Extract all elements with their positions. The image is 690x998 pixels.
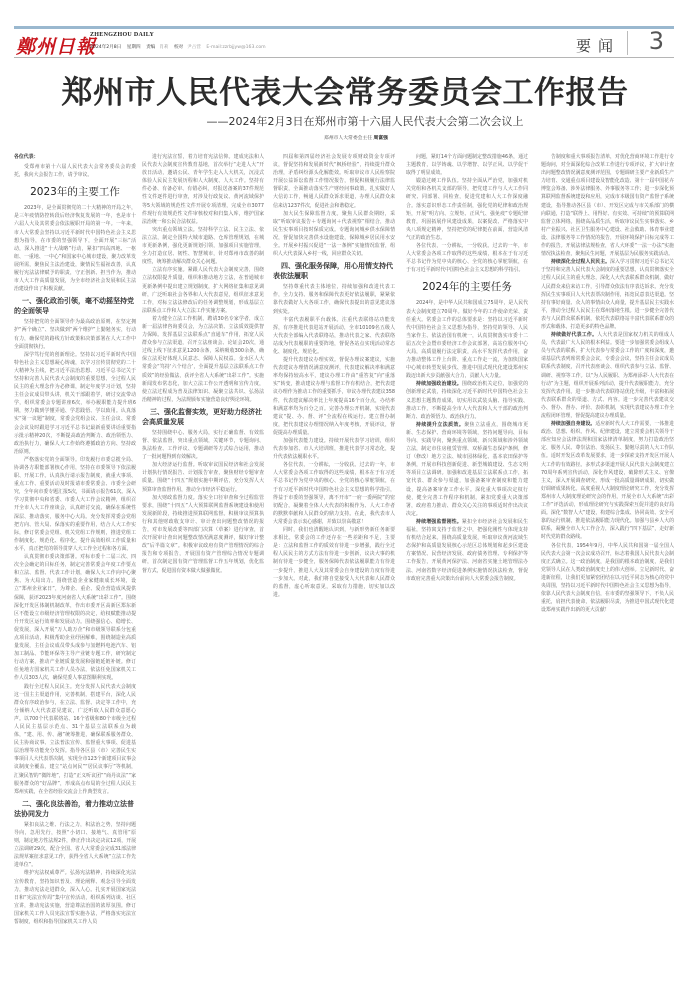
section-2023-intro: 2023年，是全面贯彻党的二十大精神的开局之年，是三年疫情防控转段后经济恢复发展… xyxy=(14,204,136,293)
headline: 郑州市人民代表大会常务委员会工作报告 xyxy=(0,67,690,112)
paragraph: 着力健全立法工作机制，聘请30名专家学者，成立新一届法律咨询委员会，为立法决策、… xyxy=(142,315,264,404)
section-title-2023: 2023年的主要工作 xyxy=(14,185,136,199)
newspaper-logo: 鄭州日報 xyxy=(16,32,96,59)
paragraph: 深学笃行党的创新理论。坚持以习近平新时代中国特色社会主义思想凝心铸魂，以学习宣传… xyxy=(14,351,136,456)
paragraph: 问题，紧盯14个方面问题制定整改措施46条，通过主题教育，以学铸魂、以学增智、以… xyxy=(406,153,528,177)
byline-role: 郑州市人大常委会主任 xyxy=(324,136,372,141)
editor-name: 肖莉 xyxy=(159,45,168,50)
byline: 郑州市人大常委会主任 周富强 xyxy=(0,134,690,141)
lead-paragraph: 持续做好代表工作。人大代表是国家权力机关的组成人员，代表最广大人民的根本利益。要… xyxy=(541,331,674,420)
editor-label: 责编 xyxy=(146,45,155,50)
lead-paragraph: 持续深化全过程人民民主。深入学习贯彻习近平总书记关于坚持和完善人民代表大会制度的… xyxy=(541,258,674,331)
closing-paragraph: 各位代表，1954年9月，中华人民共和国第一届全国人民代表大会第一次会议成功召开… xyxy=(541,542,674,615)
article-body: 各位代表： 受郑州市第十六届人民代表大会常务委员会的委托，我向大会报告工作，请予… xyxy=(14,153,674,998)
paper-name-en: ZHENGZHOU DAILY xyxy=(90,32,154,38)
issue-date: 2024年2月8日 xyxy=(90,45,121,50)
paragraph: 锻造过硬工作队伍。坚持全面从严治党，加强对机关党组和各机关支部的领导，把党建工作… xyxy=(406,177,528,242)
intro-paragraph: 受郑州市第十六届人民代表大会常务委员会的委托，我向大会报告工作，请予审议。 xyxy=(14,163,136,179)
section-name: 要闻 xyxy=(576,35,620,56)
lead-label: 持续深化全过程人民民主。 xyxy=(551,259,610,265)
paragraph: 进行宪法宣誓，着力培育宪法信仰。建成宪法和人民代表大会制度宣传教育基地，首次举行… xyxy=(142,153,264,226)
contact-email: E-mail:zzrbjjyw@163.com xyxy=(206,45,265,50)
lead-label: 持续提升立法质效。 xyxy=(416,422,464,428)
proofreader-name: 尹占营 xyxy=(187,45,201,50)
issue-meta: 2024年2月8日 星期四 责编肖莉 校对尹占营 E-mail:zzrbjjyw… xyxy=(90,44,270,50)
salutation: 各位代表： xyxy=(14,153,136,161)
subheadline: ——2024年2月3日在郑州市第十六届人民代表大会第二次会议上 xyxy=(0,113,690,129)
paragraph: 维护宪法权威尊严。弘扬宪法精神，持续深化宪法宣传教育，坚持知识普及、理论阐释、观… xyxy=(14,869,136,926)
paragraph: 突出重点领域立法。坚持科学立法、民主立法、依法立法，制定全国特大城市道路、仓库管… xyxy=(142,226,264,266)
heading-2: 二、强化良法善治，着力推动立法普法协同发力 xyxy=(14,799,136,819)
lead-paragraph: 持续增强监督刚性。紧扣全市经济社会发展和民生福祉，坚持寓支持于监督之中，把强化刚… xyxy=(406,518,528,583)
paragraph: 2024年，是中华人民共和国成立75周年，是人民代表大会制度建立70周年。做好今… xyxy=(406,299,528,380)
paragraph: 坚持把党的全面领导作为最高政治原则，在坚定拥护“两个确立”、坚决做到“两个维护”… xyxy=(14,318,136,350)
paragraph: 提升代表建议办理实效。督促办理议案建议，实施代表建议办理情况满意度测评，代表建议… xyxy=(273,356,395,437)
paragraph: 严格落实党的全面领导。印发履行市委总揽全局、协调各方职能部署核心作用，坚持在市委… xyxy=(14,456,136,553)
paragraph: 加强代表能力建设。持续开展代表学习培训，组织代表参加省、市人大培训班，推进代表学… xyxy=(273,437,395,461)
lead-paragraph: 持续提升立法质效。聚焦立法重点，围绕城市更新、生态保护、营商环境等领域，坚持问题… xyxy=(406,421,528,518)
paragraph: 加大经济运行监督。听取审议国民经济和社会发展计划执行情况报告、计划报告审查，聚焦… xyxy=(142,461,264,493)
lead-label: 持续增强监督刚性。 xyxy=(416,519,462,525)
masthead-divider xyxy=(627,31,628,55)
lead-paragraph: 持续加强自身建设。适应新时代人大工作需要，一体推进政治、思想、组织、作风、纪律建… xyxy=(541,420,674,541)
paragraph: 加大财政监督力度。落实全口径审查和全过程监管要求，围绕“十四五”人大预算联网监督… xyxy=(142,494,264,575)
paragraph: 各位代表，一分耕耘，一分收获。过去的一年，市人大常委会各项工作取得的这些成绩，根… xyxy=(273,461,395,526)
lead-paragraph: 持续加强政治建设。围绕政治机关定位，加强党的创新理论武装，持续深化习近平新时代中… xyxy=(406,380,528,420)
column-5: 告制度和重大事项报告清单，对优化营商环境工作进行专题询问，对全面深化综合改革工作… xyxy=(541,153,674,993)
paragraph: 四届和第四届经济社会发展专项财政资金专项评议，督促坚持和发展新时代“枫桥经验”，… xyxy=(273,153,395,210)
lead-label: 持续加强自身建设。 xyxy=(551,421,595,427)
column-2: 进行宪法宣誓，着力培育宪法信仰。建成宪法和人民代表大会制度宣传教育基地，首次举行… xyxy=(142,153,264,993)
heading-1: 一、强化政治引领，毫不动摇坚持党的全面领导 xyxy=(14,296,136,316)
column-1: 各位代表： 受郑州市第十六届人民代表大会常务委员会的委托，我向大会报告工作，请予… xyxy=(14,153,136,993)
heading-3: 三、强化监督实效，更好助力经济社会高质量发展 xyxy=(142,407,264,427)
issue-weekday: 星期四 xyxy=(127,45,141,50)
section-title-2024: 2024年的主要任务 xyxy=(406,280,528,294)
column-3: 四届和第四届经济社会发展专项财政资金专项评议，督促坚持和发展新时代“枫桥经验”，… xyxy=(273,153,395,993)
proof-label: 校对 xyxy=(174,45,183,50)
paragraph: 同时，我们也清醒地认识到，与新形势新任务新要求相比，常委会的工作还存在一些差距和… xyxy=(273,526,395,599)
paragraph: 认真贯彻市委决策部署。对标市委十二届三次、四次全会确定的目标任务，制定完善常委会… xyxy=(14,553,136,683)
paragraph: 紧扣良法之维、行法之力，积法治之势，坚持问题导向，急用先行，按照“小切口、接地气… xyxy=(14,821,136,870)
masthead: 鄭州日報 ZHENGZHOU DAILY 2024年2月8日 星期四 责编肖莉 … xyxy=(14,29,674,58)
byline-name: 周富强 xyxy=(374,136,388,141)
paragraph: 加大民生保障监督力度。聚焦人民群众期盼，采取“听取审议报告＋专题询问＋代表视察”… xyxy=(273,210,395,259)
heading-4: 四、强化服务保障，用心用情支持代表依法履职 xyxy=(273,261,395,281)
column-4: 问题，紧盯14个方面问题制定整改措施46条，通过主题教育，以学铸魂、以学增智、以… xyxy=(406,153,528,993)
newspaper-page: 鄭州日報 ZHENGZHOU DAILY 2024年2月8日 星期四 责编肖莉 … xyxy=(0,0,690,998)
paragraph: 践行全过程人民民主。充分发挥人民代表大会制度这一国主主渠道作用，完善机制，搭建平… xyxy=(14,683,136,796)
paragraph: 坚持尊重代表主体地位，持续加强和改进代表工作，全力支持、服务和保障代表更好依法履… xyxy=(273,283,395,315)
lead-label: 持续做好代表工作。 xyxy=(551,332,597,338)
paragraph: 告制度和重大事项报告清单，对优化营商环境工作进行专题询问，对全面深化综合改革工作… xyxy=(541,153,674,258)
paragraph: 各位代表，一分耕耘，一分收获。过去的一年，市人大常委会各项工作取得的这些成绩，根… xyxy=(406,242,528,274)
lead-label: 持续加强政治建设。 xyxy=(416,381,462,387)
paragraph: 立法有序实施。紧跟人民代表大会制度完善，围绕立法权限提升质量，组织和推动地方立法… xyxy=(142,266,264,315)
page-number: 3 xyxy=(649,27,664,55)
paragraph: 坚持围绕中心、服务大局，实行正确监督、有效监督、依法监督，突出重点领域，关键环节… xyxy=(142,429,264,461)
paragraph: 丰富代表履职平台载体。注重代表联络站功能发挥，有序推进代表进站开展活动，全市10… xyxy=(273,316,395,356)
